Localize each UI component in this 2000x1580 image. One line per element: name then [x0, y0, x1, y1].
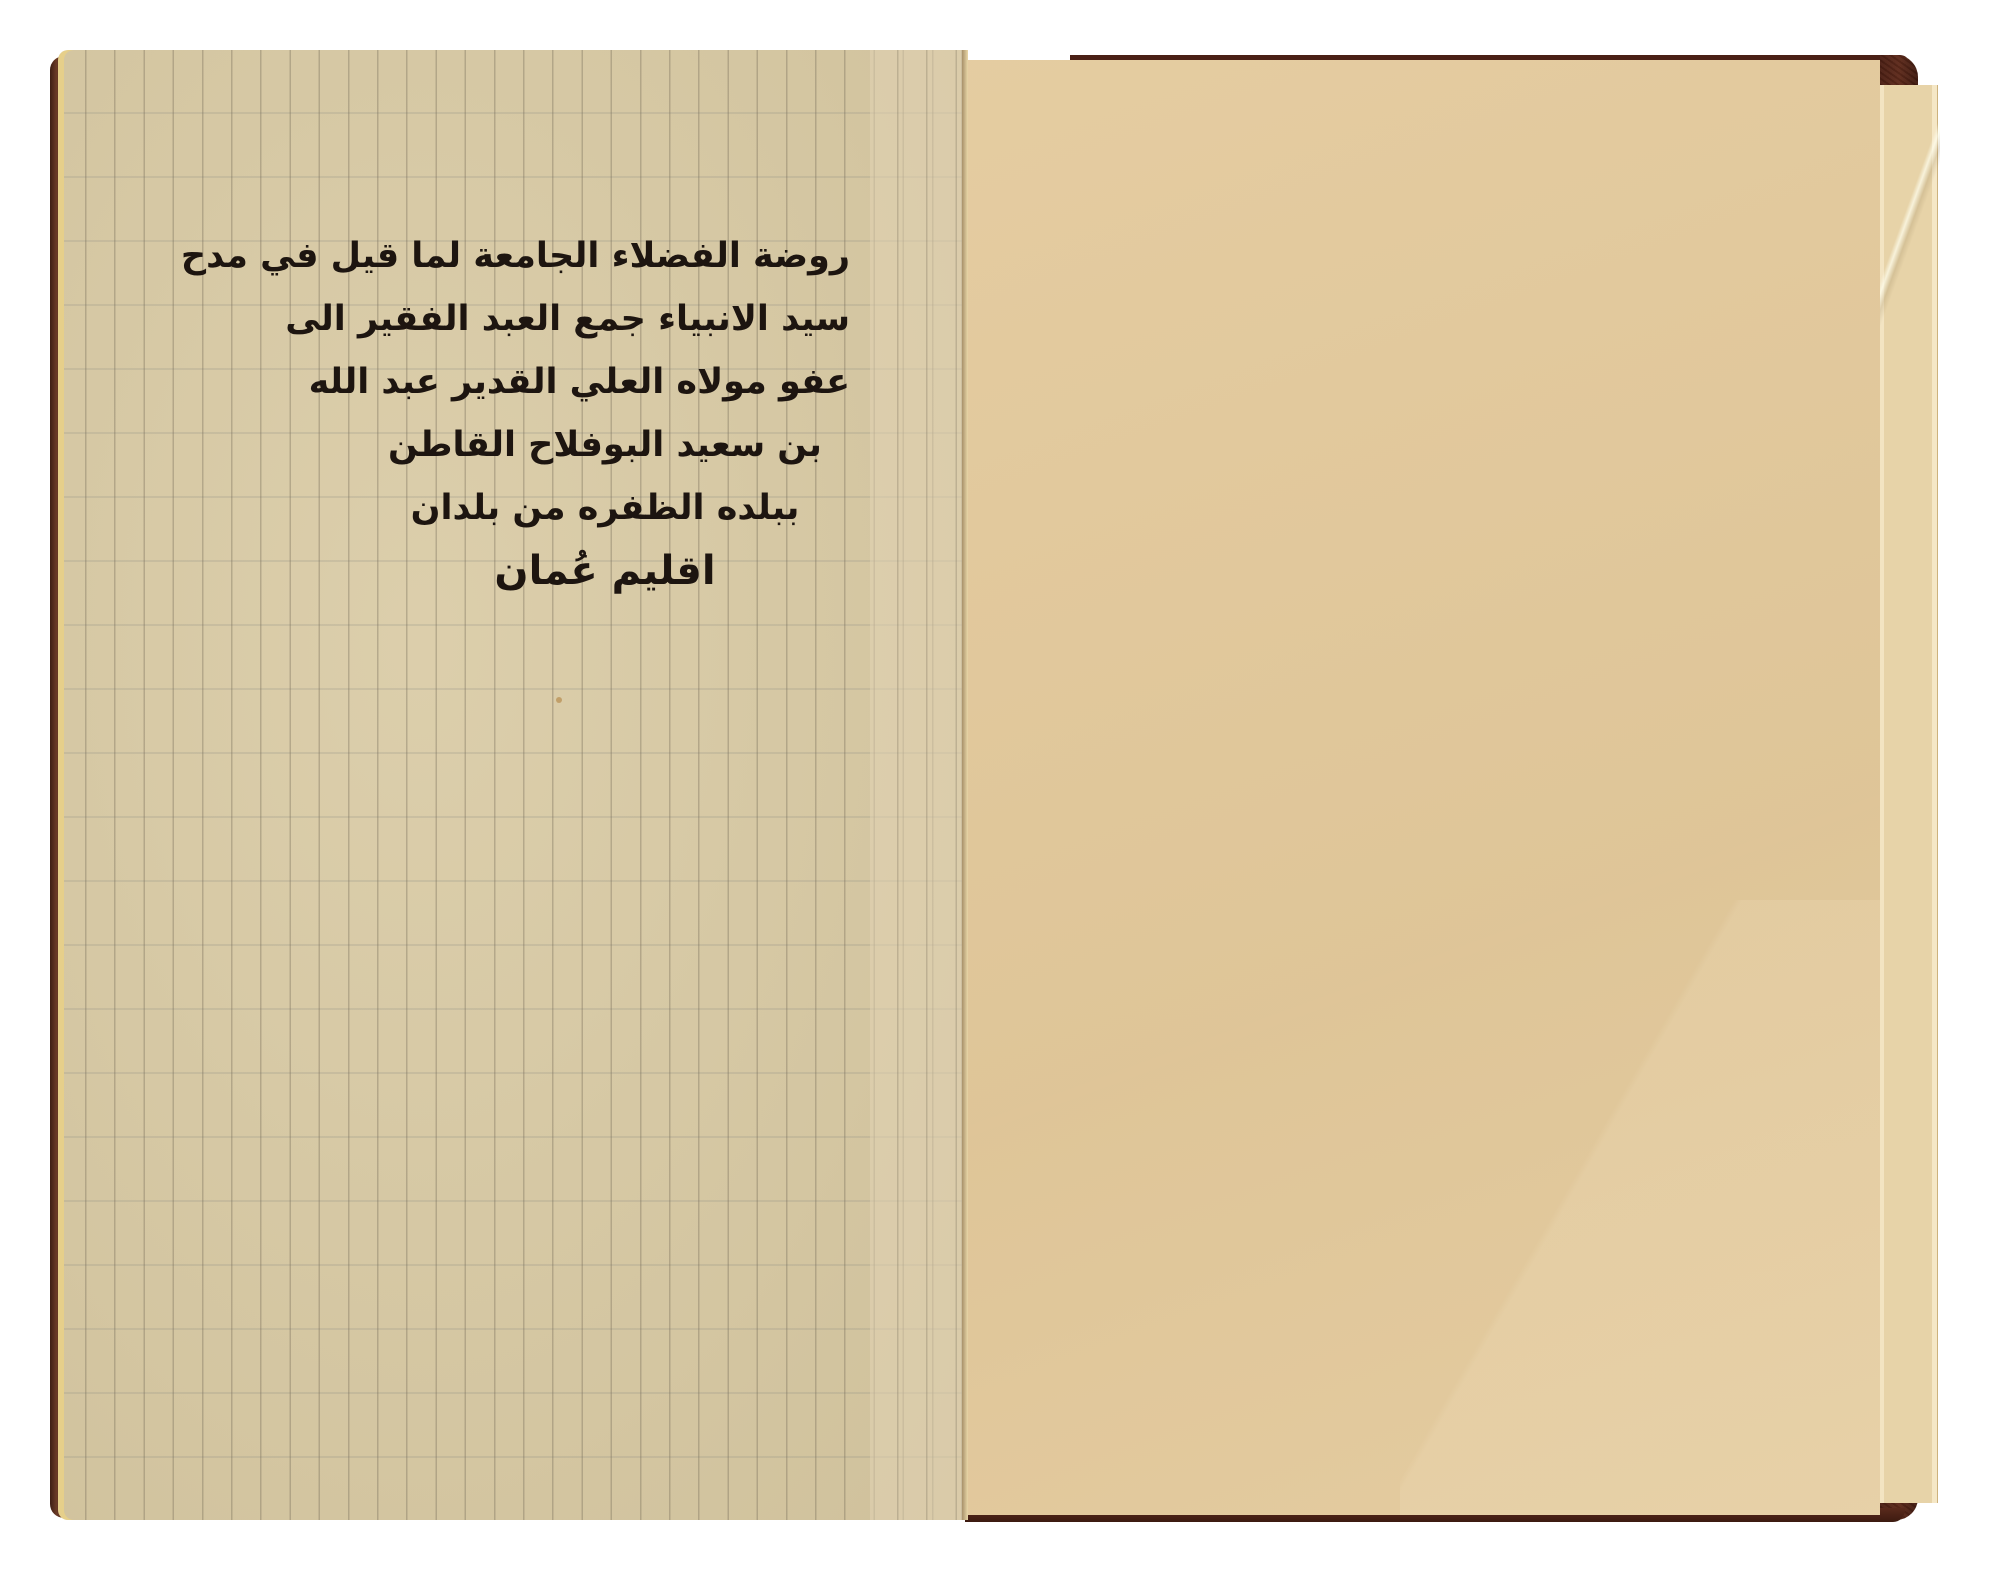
- title-line-5: ببلده الظفره من بلدان: [360, 477, 850, 540]
- right-page: [968, 60, 1880, 1515]
- manuscript-title: روضة الفضلاء الجامعة لما قيل في مدح سيد …: [360, 225, 850, 603]
- title-line-4: بن سعيد البوفلاح القاطن: [360, 414, 850, 477]
- page-crease: [1880, 90, 1940, 350]
- title-line-1: روضة الفضلاء الجامعة لما قيل في مدح: [360, 225, 850, 288]
- open-book: روضة الفضلاء الجامعة لما قيل في مدح سيد …: [0, 0, 2000, 1580]
- left-page-inner-margin: [870, 50, 965, 1520]
- title-line-3: عفو مولاه العلي القدير عبد الله: [360, 351, 850, 414]
- title-line-6: اقليم عُمان: [360, 540, 850, 603]
- ink-stain: [556, 697, 562, 703]
- title-line-2: سيد الانبياء جمع العبد الفقير الى: [360, 288, 850, 351]
